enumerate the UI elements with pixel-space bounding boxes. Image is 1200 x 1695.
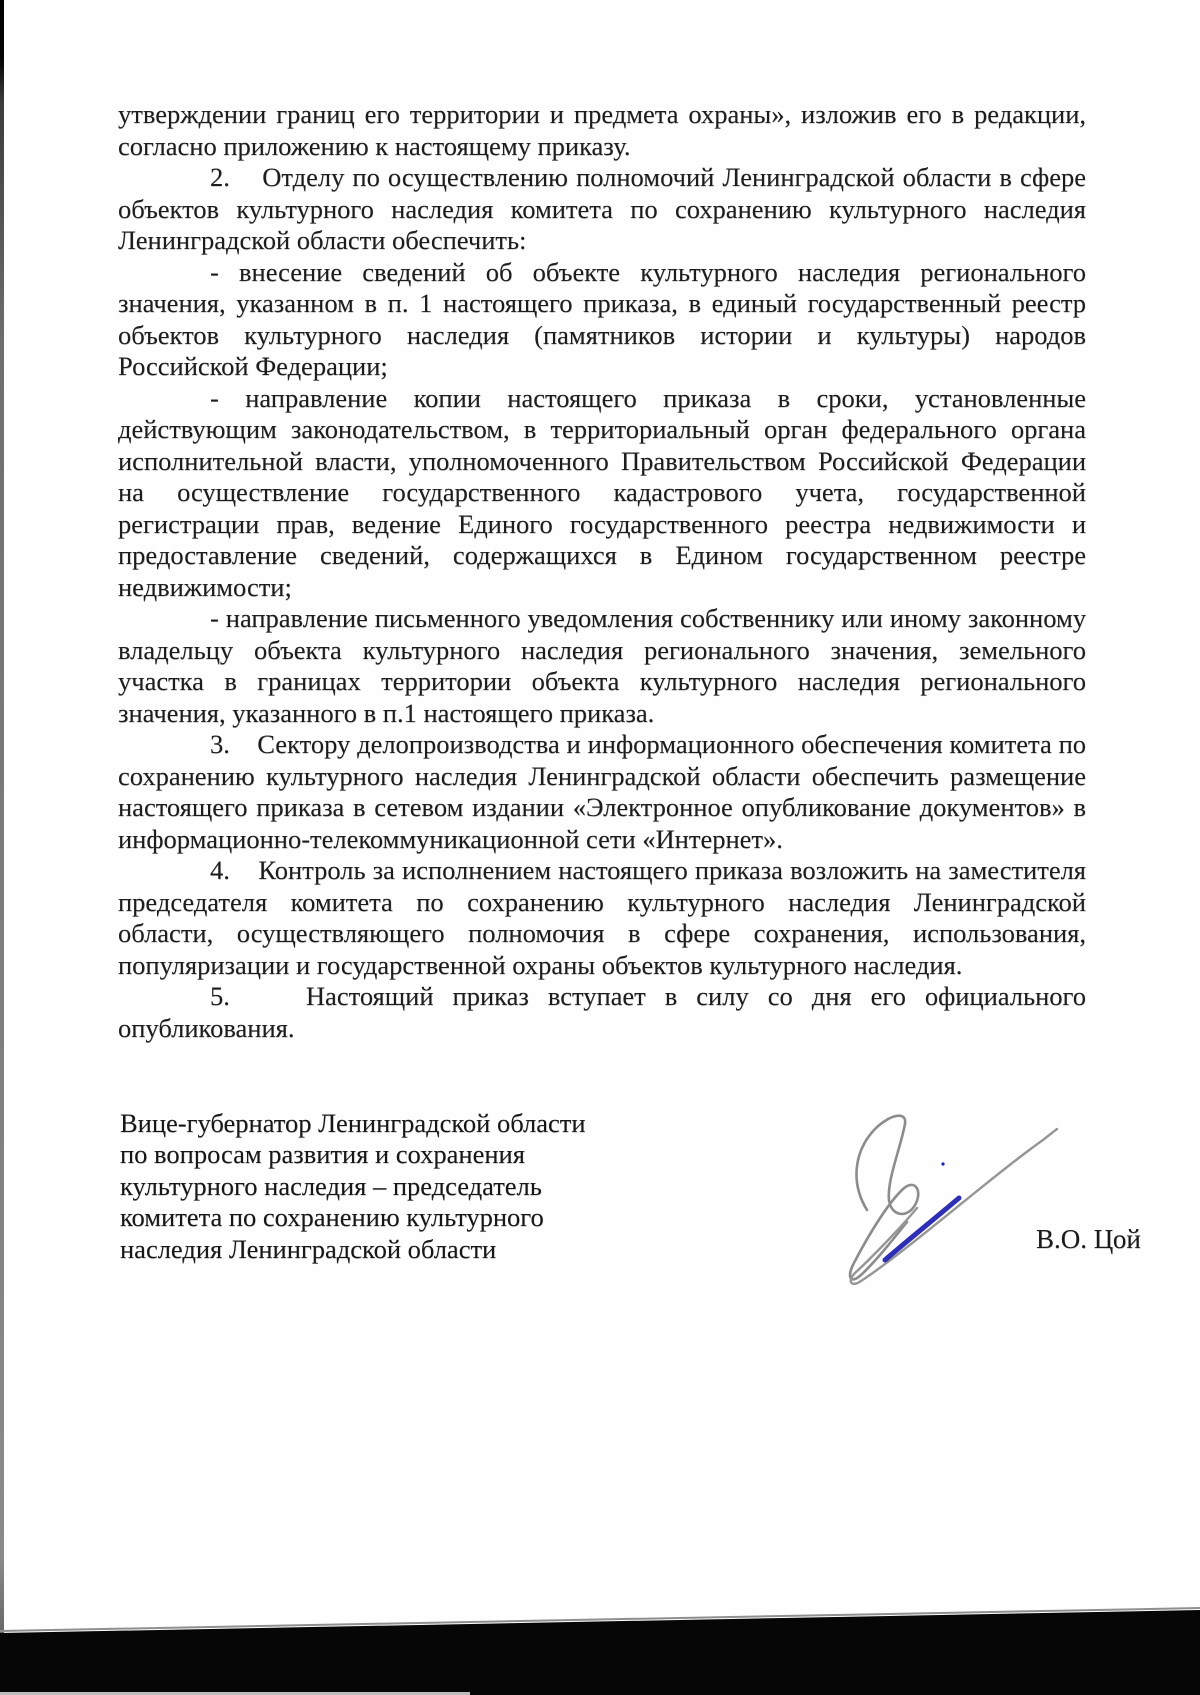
- paragraph-item-3: 3. Сектору делопроизводства и информацио…: [118, 729, 1086, 855]
- scan-band-black-area: [0, 1610, 1200, 1695]
- signature-blue-ink-speck: [941, 1162, 944, 1165]
- signature-blue-ink-stroke: [885, 1198, 959, 1260]
- signature-title-line: комитета по сохранению культурного: [120, 1202, 660, 1233]
- signature-title-block: Вице-губернатор Ленинградской области по…: [120, 1108, 660, 1265]
- paragraph-item-5: 5. Настоящий приказ вступает в силу со д…: [118, 981, 1086, 1044]
- signature-title-line: наследия Ленинградской области: [120, 1234, 660, 1265]
- signature-gray-diagonal-stroke: [851, 1129, 1057, 1284]
- signature-title-line: по вопросам развития и сохранения: [120, 1139, 660, 1170]
- document-body: утверждении границ его территории и пред…: [118, 99, 1086, 1044]
- signer-name: В.О. Цой: [1036, 1224, 1141, 1254]
- scan-left-edge-artifact: [0, 0, 4, 1695]
- signature-title-line: культурного наследия – председатель: [120, 1171, 660, 1202]
- signature-gray-loop-stroke: [850, 1116, 918, 1280]
- paragraph-continuation: утверждении границ его территории и пред…: [118, 99, 1086, 162]
- paragraph-dash-1: - внесение сведений об объекте культурно…: [118, 257, 1086, 383]
- handwritten-signature: [845, 1110, 1075, 1302]
- paragraph-item-4: 4. Контроль за исполнением настоящего пр…: [118, 855, 1086, 981]
- document-page: утверждении границ его территории и пред…: [0, 0, 1200, 1695]
- paragraph-item-2: 2. Отделу по осуществлению полномочий Ле…: [118, 162, 1086, 257]
- signature-title-line: Вице-губернатор Ленинградской области: [120, 1108, 660, 1139]
- paragraph-dash-2: - направление копии настоящего приказа в…: [118, 383, 1086, 604]
- scan-bottom-band-artifact: [0, 1600, 1200, 1695]
- paragraph-dash-3: - направление письменного уведомления со…: [118, 603, 1086, 729]
